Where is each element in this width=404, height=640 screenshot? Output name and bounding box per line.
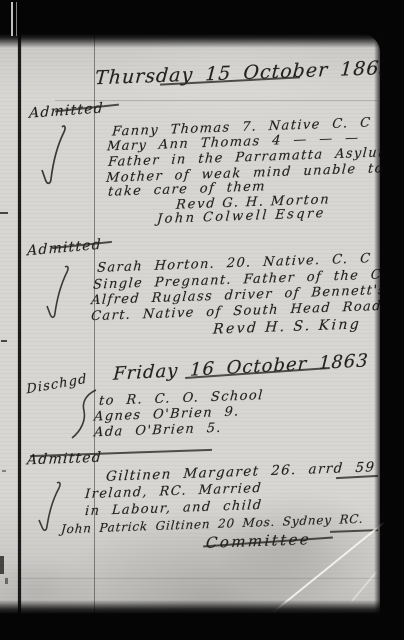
date-heading-thursday: Thursday 15 October 1863 (94, 57, 393, 89)
film-notch-line (16, 2, 18, 36)
signature: Revd H. S. King (212, 316, 361, 337)
margin-mark (0, 556, 4, 574)
page-gutter-line (18, 34, 21, 614)
margin-mark (0, 212, 8, 214)
margin-mark (5, 578, 8, 584)
admitted-label-2: Admitted (27, 237, 102, 260)
scan-border-top (0, 0, 404, 48)
check-mark-icon (43, 264, 69, 324)
film-notch-line (11, 2, 13, 36)
check-mark-icon (38, 123, 66, 191)
scan-border-bottom (0, 600, 404, 640)
paper-page: Thursday 15 October 1863 Admitted Fanny … (0, 34, 380, 614)
margin-mark (1, 340, 7, 342)
scan-border-right (374, 0, 404, 640)
scanned-register-page: Thursday 15 October 1863 Admitted Fanny … (0, 0, 404, 640)
date-heading-friday: Friday 16 October 1863 (113, 350, 370, 384)
margin-mark (2, 470, 6, 472)
faint-rule-line (20, 578, 378, 579)
admitted-label-1: Admitted (29, 100, 104, 121)
check-mark-icon (36, 480, 61, 537)
entry-line: Ada O'Brien 5. (94, 421, 223, 441)
